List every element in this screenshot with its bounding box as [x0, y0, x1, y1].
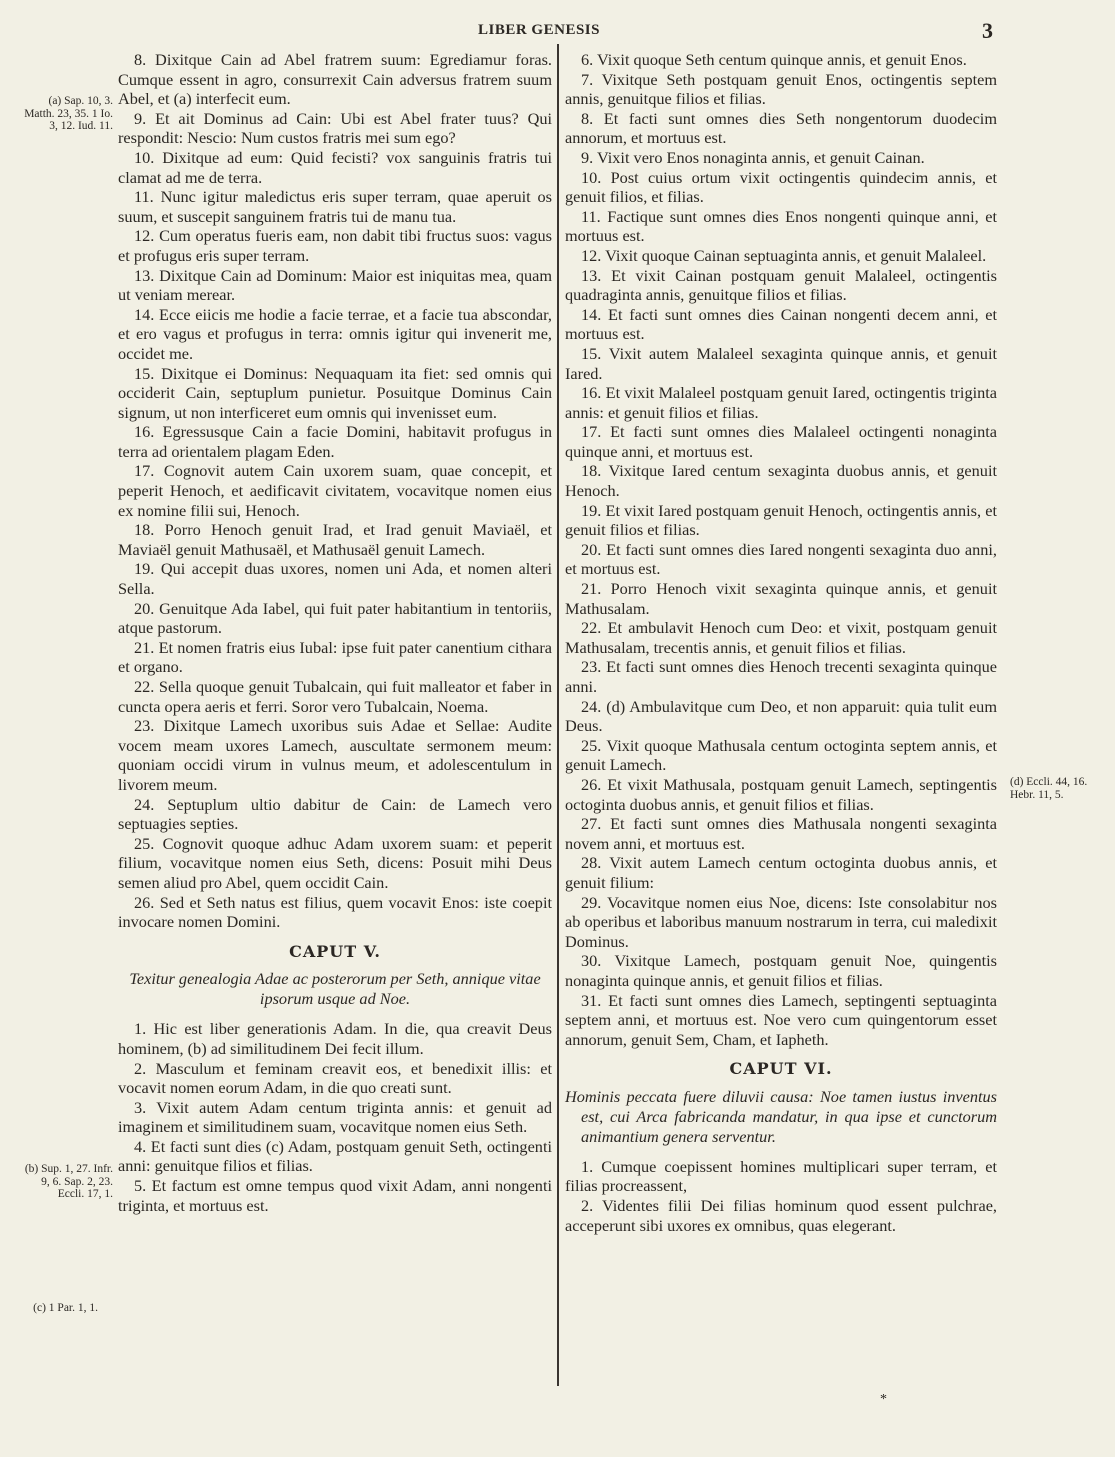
verse: 12. Cum operatus fueris eam, non dabit t… — [118, 226, 552, 265]
verse: 6. Vixit quoque Seth centum quinque anni… — [565, 50, 997, 70]
verse: 22. Et ambulavit Henoch cum Deo: et vixi… — [565, 618, 997, 657]
verse: 25. Cognovit quoque adhuc Adam uxorem su… — [118, 834, 552, 893]
verse: 13. Dixitque Cain ad Dominum: Maior est … — [118, 266, 552, 305]
verse: 17. Cognovit autem Cain uxorem suam, qua… — [118, 461, 552, 520]
verse: 10. Post cuius ortum vixit octingentis q… — [565, 168, 997, 207]
verse: 12. Vixit quoque Cainan septuaginta anni… — [565, 246, 997, 266]
verse: 20. Genuitque Ada Iabel, qui fuit pater … — [118, 599, 552, 638]
chapter-heading-vi: CAPUT VI. — [565, 1059, 997, 1079]
verse: 17. Et facti sunt omnes dies Malaleel oc… — [565, 422, 997, 461]
column-divider — [557, 44, 559, 1386]
verse: 23. Dixitque Lamech uxoribus suis Adae e… — [118, 716, 552, 794]
running-title: LIBER GENESIS — [478, 22, 600, 39]
verse: 3. Vixit autem Adam centum triginta anni… — [118, 1098, 552, 1137]
page-number: 3 — [982, 18, 993, 44]
verse: 18. Vixitque Iared centum sexaginta duob… — [565, 461, 997, 500]
verse: 10. Dixitque ad eum: Quid fecisti? vox s… — [118, 148, 552, 187]
verse: 8. Et facti sunt omnes dies Seth nongent… — [565, 109, 997, 148]
verse: 2. Masculum et feminam creavit eos, et b… — [118, 1059, 552, 1098]
verse: 25. Vixit quoque Mathusala centum octogi… — [565, 736, 997, 775]
verse: 7. Vixitque Seth postquam genuit Enos, o… — [565, 70, 997, 109]
verse: 5. Et factum est omne tempus quod vixit … — [118, 1176, 552, 1215]
verse: 15. Dixitque ei Dominus: Nequaquam ita f… — [118, 364, 552, 423]
verse: 9. Vixit vero Enos nonaginta annis, et g… — [565, 148, 997, 168]
verse: 24. Septuplum ultio dabitur de Cain: de … — [118, 795, 552, 834]
verse: 19. Qui accepit duas uxores, nomen uni A… — [118, 559, 552, 598]
verse: 20. Et facti sunt omnes dies Iared nonge… — [565, 540, 997, 579]
verse: 2. Videntes filii Dei filias hominum quo… — [565, 1196, 997, 1235]
margin-note-b: (b) Sup. 1, 27. Infr. 9, 6. Sap. 2, 23. … — [18, 1163, 113, 1201]
margin-note-c: (c) 1 Par. 1, 1. — [18, 1302, 98, 1315]
verse: 18. Porro Henoch genuit Irad, et Irad ge… — [118, 520, 552, 559]
verse: 14. Ecce eiicis me hodie a facie terrae,… — [118, 305, 552, 364]
verse: 9. Et ait Dominus ad Cain: Ubi est Abel … — [118, 109, 552, 148]
running-head: LIBER GENESIS 3 — [0, 20, 1115, 44]
verse: 21. Porro Henoch vixit sexaginta quinque… — [565, 579, 997, 618]
chapter-summary-v: Texitur genealogia Adae ac posterorum pe… — [118, 969, 552, 1009]
margin-note-a: (a) Sap. 10, 3. Matth. 23, 35. 1 Io. 3, … — [18, 95, 113, 133]
verse: 16. Et vixit Malaleel postquam genuit Ia… — [565, 383, 997, 422]
verse: 30. Vixitque Lamech, postquam genuit Noe… — [565, 951, 997, 990]
verse: 29. Vocavitque nomen eius Noe, dicens: I… — [565, 893, 997, 952]
verse: 11. Nunc igitur maledictus eris super te… — [118, 187, 552, 226]
verse: 22. Sella quoque genuit Tubalcain, qui f… — [118, 677, 552, 716]
verse: 1. Cumque coepissent homines multiplicar… — [565, 1157, 997, 1196]
left-column: 8. Dixitque Cain ad Abel fratrem suum: E… — [118, 50, 552, 1215]
verse: 28. Vixit autem Lamech centum octoginta … — [565, 853, 997, 892]
margin-note-d: (d) Eccli. 44, 16. Hebr. 11, 5. — [1010, 776, 1095, 801]
chapter-heading-v: CAPUT V. — [118, 942, 552, 962]
verse: 14. Et facti sunt omnes dies Cainan nong… — [565, 305, 997, 344]
verse: 4. Et facti sunt dies (c) Adam, postquam… — [118, 1137, 552, 1176]
chapter-summary-vi: Hominis peccata fuere diluvii causa: Noe… — [565, 1087, 997, 1147]
verse: 11. Factique sunt omnes dies Enos nongen… — [565, 207, 997, 246]
verse: 23. Et facti sunt omnes dies Henoch trec… — [565, 657, 997, 696]
verse: 26. Sed et Seth natus est filius, quem v… — [118, 893, 552, 932]
verse: 1. Hic est liber generationis Adam. In d… — [118, 1019, 552, 1058]
verse: 16. Egressusque Cain a facie Domini, hab… — [118, 422, 552, 461]
verse: 19. Et vixit Iared postquam genuit Henoc… — [565, 501, 997, 540]
verse: 24. (d) Ambulavitque cum Deo, et non app… — [565, 697, 997, 736]
verse: 31. Et facti sunt omnes dies Lamech, sep… — [565, 991, 997, 1050]
verse: 13. Et vixit Cainan postquam genuit Mala… — [565, 266, 997, 305]
right-column: 6. Vixit quoque Seth centum quinque anni… — [565, 50, 997, 1235]
verse: 26. Et vixit Mathusala, postquam genuit … — [565, 775, 997, 814]
signature-mark: * — [880, 1392, 887, 1408]
verse: 15. Vixit autem Malaleel sexaginta quinq… — [565, 344, 997, 383]
verse: 27. Et facti sunt omnes dies Mathusala n… — [565, 814, 997, 853]
verse: 21. Et nomen fratris eius Iubal: ipse fu… — [118, 638, 552, 677]
verse: 8. Dixitque Cain ad Abel fratrem suum: E… — [118, 50, 552, 109]
